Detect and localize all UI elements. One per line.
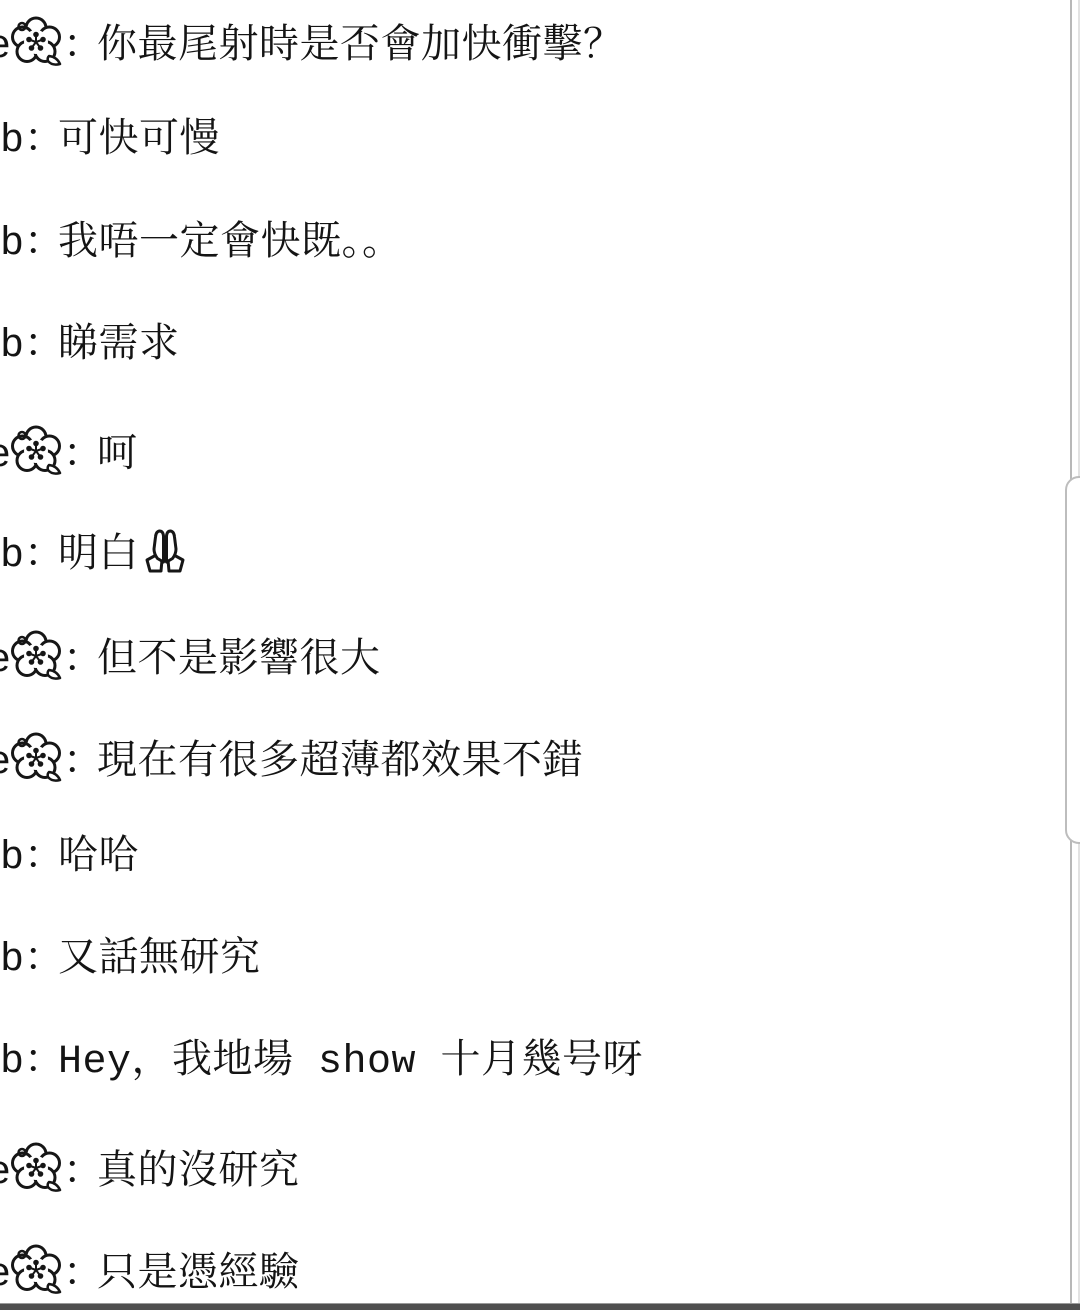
colon-separator: ： [63,637,97,687]
colon-separator: ： [24,1038,58,1088]
flower-icon [9,1141,63,1199]
colon-separator: ： [24,322,58,372]
flower-icon [9,731,63,789]
colon-separator: ： [63,1149,97,1199]
speaker-label: b [0,834,24,884]
message-text: 睇需求 [58,324,180,369]
colon-separator: ： [24,936,58,986]
flower-icon [9,1243,63,1301]
bottom-bar [0,1303,1080,1310]
message-text: 可快可慢 [58,119,220,164]
message-text: 又話無研究 [58,938,261,983]
colon-separator: ： [24,532,58,582]
speaker-label: b [0,1038,24,1088]
flower-icon [9,629,63,687]
message-text: 哈哈 [58,836,139,881]
message-text: 現在有很多超薄都效果不錯 [97,741,583,786]
flower-icon [9,424,63,482]
message-text: 呵 [97,434,138,479]
message-text: Hey，我地場 show 十月幾号呀 [58,1040,643,1085]
speaker-label: b [0,322,24,372]
message-row: e：現在有很多超薄都效果不錯 [0,731,583,785]
speaker-label: b [0,936,24,986]
speaker-label: b [0,117,24,167]
message-text: 我唔一定會快既。。 [58,222,403,267]
colon-separator: ： [63,1251,97,1301]
message-row: e：只是憑經驗 [0,1243,300,1297]
message-text: 你最尾射時是否會加快衝擊？ [97,25,624,70]
colon-separator: ： [24,834,58,884]
message-row: b：又話無研究 [0,936,261,990]
message-row: b：哈哈 [0,834,139,888]
message-row: b：明白 [0,527,189,581]
message-text: 但不是影響很大 [97,639,381,684]
flower-icon [9,15,63,73]
message-row: e：但不是影響很大 [0,629,381,683]
speaker-label: b [0,220,24,270]
colon-separator: ： [63,23,97,73]
message-row: b：我唔一定會快既。。 [0,220,403,274]
message-row: e：呵 [0,424,138,478]
colon-separator: ： [63,739,97,789]
colon-separator: ： [63,432,97,482]
speaker-label: b [0,532,24,582]
colon-separator: ： [24,220,58,270]
message-row: e：你最尾射時是否會加快衝擊？ [0,15,624,69]
message-row: b：可快可慢 [0,117,220,171]
message-text: 明白 [58,534,139,579]
scrollbar-thumb[interactable] [1065,476,1080,844]
message-row: b：睇需求 [0,322,180,376]
message-row: b：Hey，我地場 show 十月幾号呀 [0,1038,643,1092]
message-text: 真的沒研究 [97,1151,300,1196]
praying-hands-icon [141,527,189,582]
message-text: 只是憑經驗 [97,1253,300,1298]
colon-separator: ： [24,117,58,167]
message-row: e：真的沒研究 [0,1141,300,1195]
